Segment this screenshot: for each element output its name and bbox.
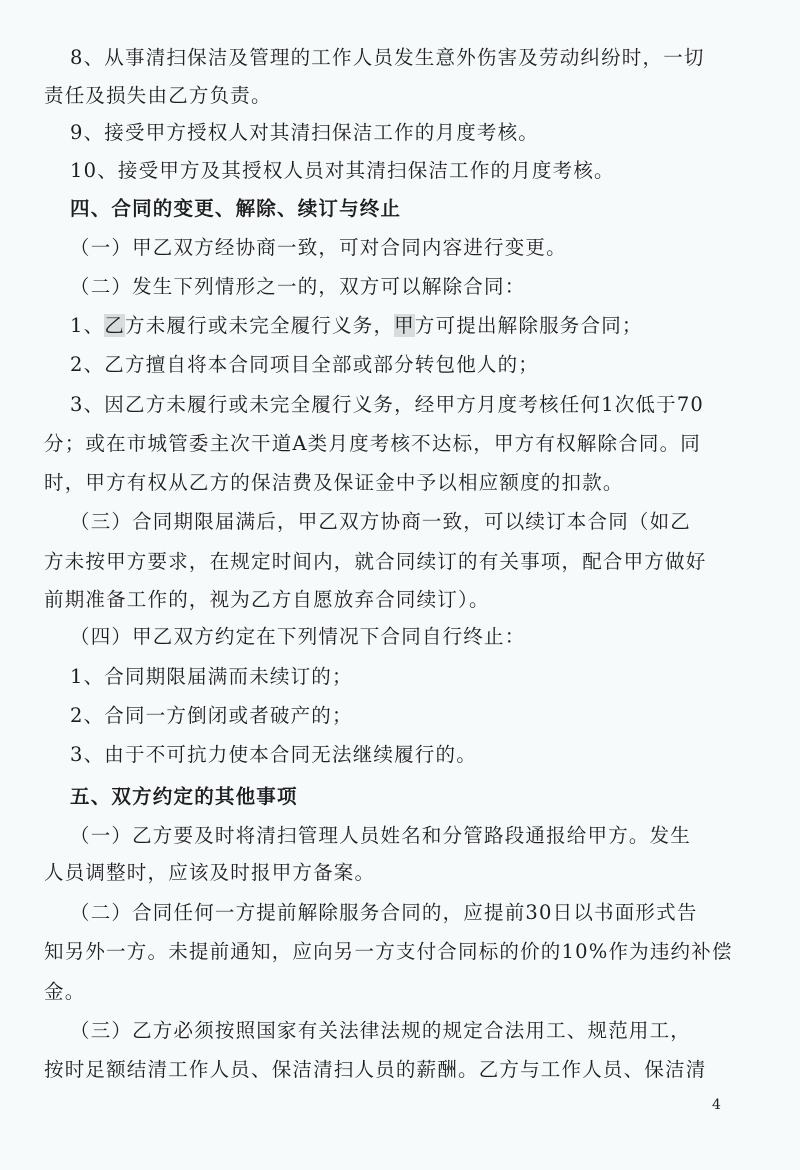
text-line: （三）乙方必须按照国家有关法律法规的规定合法用工、规范用工，: [70, 1019, 691, 1043]
text-line: （四）甲乙双方约定在下列情况下合同自行终止：: [70, 625, 525, 649]
highlighted-char: 甲: [394, 314, 415, 337]
text-line: 3、因乙方未履行或未完全履行义务，经甲方月度考核任何1次低于70: [70, 393, 704, 417]
text-line: 责任及损失由乙方负责。: [44, 84, 272, 108]
text-line: 知另外一方。未提前通知，应向另一方支付合同标的价的10%作为违约补偿: [44, 940, 733, 964]
text-line: 1、乙方未履行或未完全履行义务，甲方可提出解除服务合同；: [70, 314, 643, 338]
page-number: 4: [712, 1097, 721, 1113]
text-line: （一）甲乙双方经协商一致，可对合同内容进行变更。: [70, 236, 567, 260]
text-line: 金。: [44, 980, 85, 1004]
text-line: 9、接受甲方授权人对其清扫保洁工作的月度考核。: [70, 121, 539, 145]
highlighted-char: 乙: [104, 314, 125, 337]
document-page: 8、从事清扫保洁及管理的工作人员发生意外伤害及劳动纠纷时，一切责任及损失由乙方负…: [0, 0, 800, 1170]
text-line: 人员调整时，应该及时报甲方备案。: [44, 861, 375, 885]
text-line: 8、从事清扫保洁及管理的工作人员发生意外伤害及劳动纠纷时，一切: [70, 46, 705, 70]
text-line: （二）合同任何一方提前解除服务合同的，应提前30日以书面形式告: [70, 901, 698, 925]
text-line: 方未按甲方要求，在规定时间内，就合同续订的有关事项，配合甲方做好: [44, 550, 706, 574]
section-heading: 四、合同的变更、解除、续订与终止: [70, 197, 401, 221]
text-line: 2、乙方擅自将本合同项目全部或部分转包他人的；: [70, 353, 539, 377]
text-line: （一）乙方要及时将清扫管理人员姓名和分管路段通报给甲方。发生: [70, 824, 691, 848]
text-line: 前期准备工作的，视为乙方自愿放弃合同续订）。: [44, 588, 490, 612]
text-line: 1、合同期限届满而未续订的；: [70, 665, 353, 689]
text-line: 时，甲方有权从乙方的保洁费及保证金中予以相应额度的扣款。: [44, 471, 624, 495]
text-line: 2、合同一方倒闭或者破产的；: [70, 704, 353, 728]
text-line: （三）合同期限届满后，甲乙双方协商一致，可以续订本合同（如乙: [70, 510, 691, 534]
text-line: 10、接受甲方及其授权人员对其清扫保洁工作的月度考核。: [70, 159, 615, 183]
text-line: 按时足额结清工作人员、保洁清扫人员的薪酬。乙方与工作人员、保洁清: [44, 1058, 706, 1082]
section-heading: 五、双方约定的其他事项: [70, 785, 298, 809]
text-line: 3、由于不可抗力使本合同无法继续履行的。: [70, 743, 477, 767]
text-line: （二）发生下列情形之一的，双方可以解除合同：: [70, 275, 525, 299]
text-line: 分；或在市城管委主次干道A类月度考核不达标，甲方有权解除合同。同: [44, 432, 701, 456]
